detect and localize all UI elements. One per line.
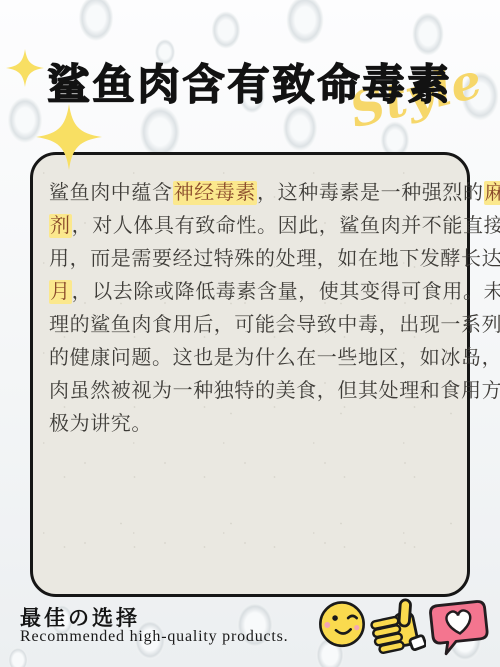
footer-sticker-icons: [316, 596, 492, 660]
sparkle-icon: [36, 100, 102, 174]
text-line: 极为讲究。: [49, 408, 451, 441]
thumbs-up-icon: [368, 596, 426, 660]
wink-smiley-icon: [316, 596, 368, 654]
card-text: 鲨鱼肉中蕴含神经毒素，这种毒素是一种强烈的麻醉剂，对人体具有致命性。因此，鲨鱼肉…: [49, 177, 451, 441]
footer-subheading: Recommended high-quality products.: [20, 628, 288, 646]
text-line: 用，而是需要经过特殊的处理，如在地下发酵长达6个: [49, 243, 451, 276]
text-line: 理的鲨鱼肉食用后，可能会导致中毒，出现一系列严重: [49, 309, 451, 342]
text-line: 月，以去除或降低毒素含量，使其变得可食用。未经处: [49, 276, 451, 309]
text-line: 的健康问题。这也是为什么在一些地区，如冰岛，鲨鱼: [49, 342, 451, 375]
heart-message-icon: [426, 596, 492, 656]
content-card: 鲨鱼肉中蕴含神经毒素，这种毒素是一种强烈的麻醉剂，对人体具有致命性。因此，鲨鱼肉…: [30, 152, 470, 597]
sparkle-icon: [6, 46, 44, 90]
text-line: 剂，对人体具有致命性。因此，鲨鱼肉并不能直接食: [49, 210, 451, 243]
text-line: 鲨鱼肉中蕴含神经毒素，这种毒素是一种强烈的麻醉: [49, 177, 451, 210]
text-line: 肉虽然被视为一种独特的美食，但其处理和食用方式都: [49, 375, 451, 408]
